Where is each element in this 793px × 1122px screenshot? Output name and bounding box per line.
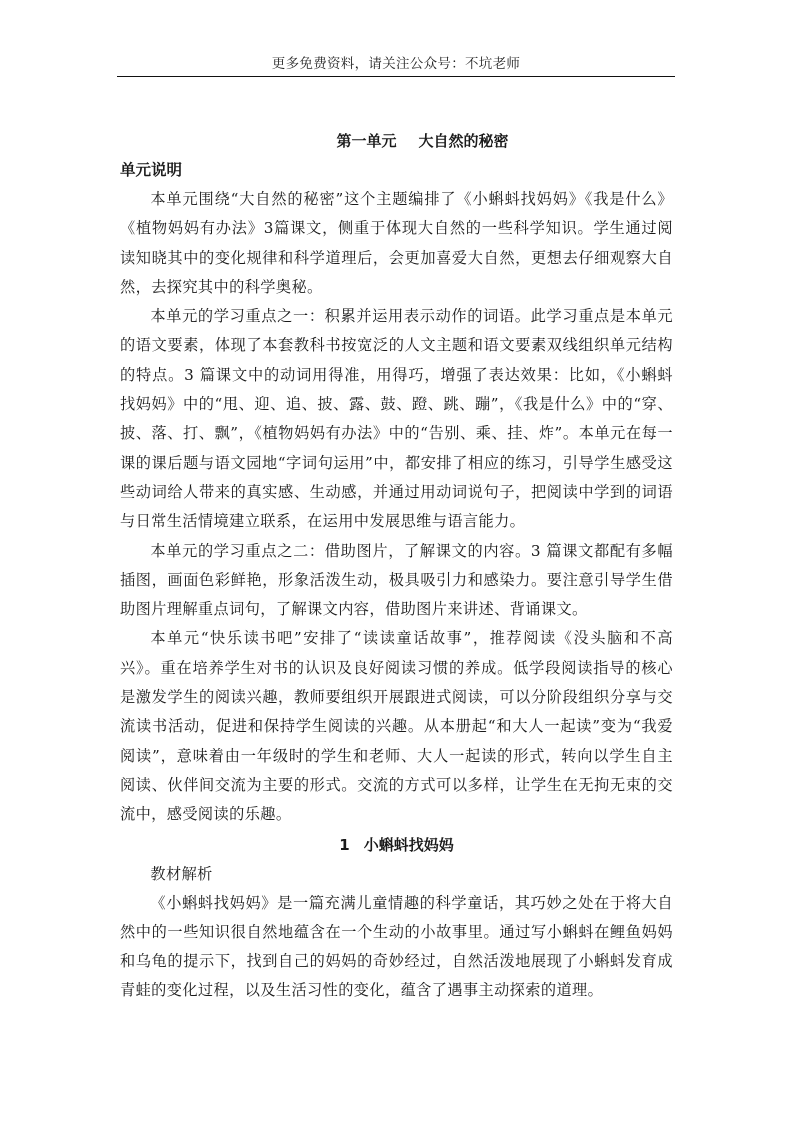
lesson-title-text: 小蝌蚪找妈妈 [364, 836, 454, 854]
lesson-number: 1 [339, 836, 349, 854]
unit-paragraph-2: 本单元的学习重点之一：积累并运用表示动作的词语。此学习重点是本单元的语文要素，体… [120, 302, 673, 536]
document-body: 第一单元大自然的秘密 单元说明 本单元围绕“大自然的秘密”这个主题编排了《小蝌蚪… [120, 126, 673, 1006]
unit-paragraph-1: 本单元围绕“大自然的秘密”这个主题编排了《小蝌蚪找妈妈》《我是什么》《植物妈妈有… [120, 185, 673, 302]
unit-paragraph-4: 本单元“快乐读书吧”安排了“读读童话故事”，推荐阅读《没头脑和不高兴》。重在培养… [120, 624, 673, 829]
section-heading: 单元说明 [120, 156, 673, 185]
unit-title-text: 大自然的秘密 [419, 132, 509, 150]
lesson-title: 1小蝌蚪找妈妈 [120, 830, 673, 860]
header-divider [117, 76, 675, 77]
unit-number-label: 第一单元 [336, 132, 396, 150]
unit-paragraph-3: 本单元的学习重点之二：借助图片，了解课文的内容。3 篇课文都配有多幅插图，画面色… [120, 537, 673, 625]
lesson-paragraph: 《小蝌蚪找妈妈》是一篇充满儿童情趣的科学童话，其巧妙之处在于将大自然中的一些知识… [120, 889, 673, 1006]
unit-title: 第一单元大自然的秘密 [172, 126, 673, 156]
lesson-sub-label: 教材解析 [120, 860, 673, 889]
page-header-text: 更多免费资料，请关注公众号：不坑老师 [117, 52, 675, 72]
